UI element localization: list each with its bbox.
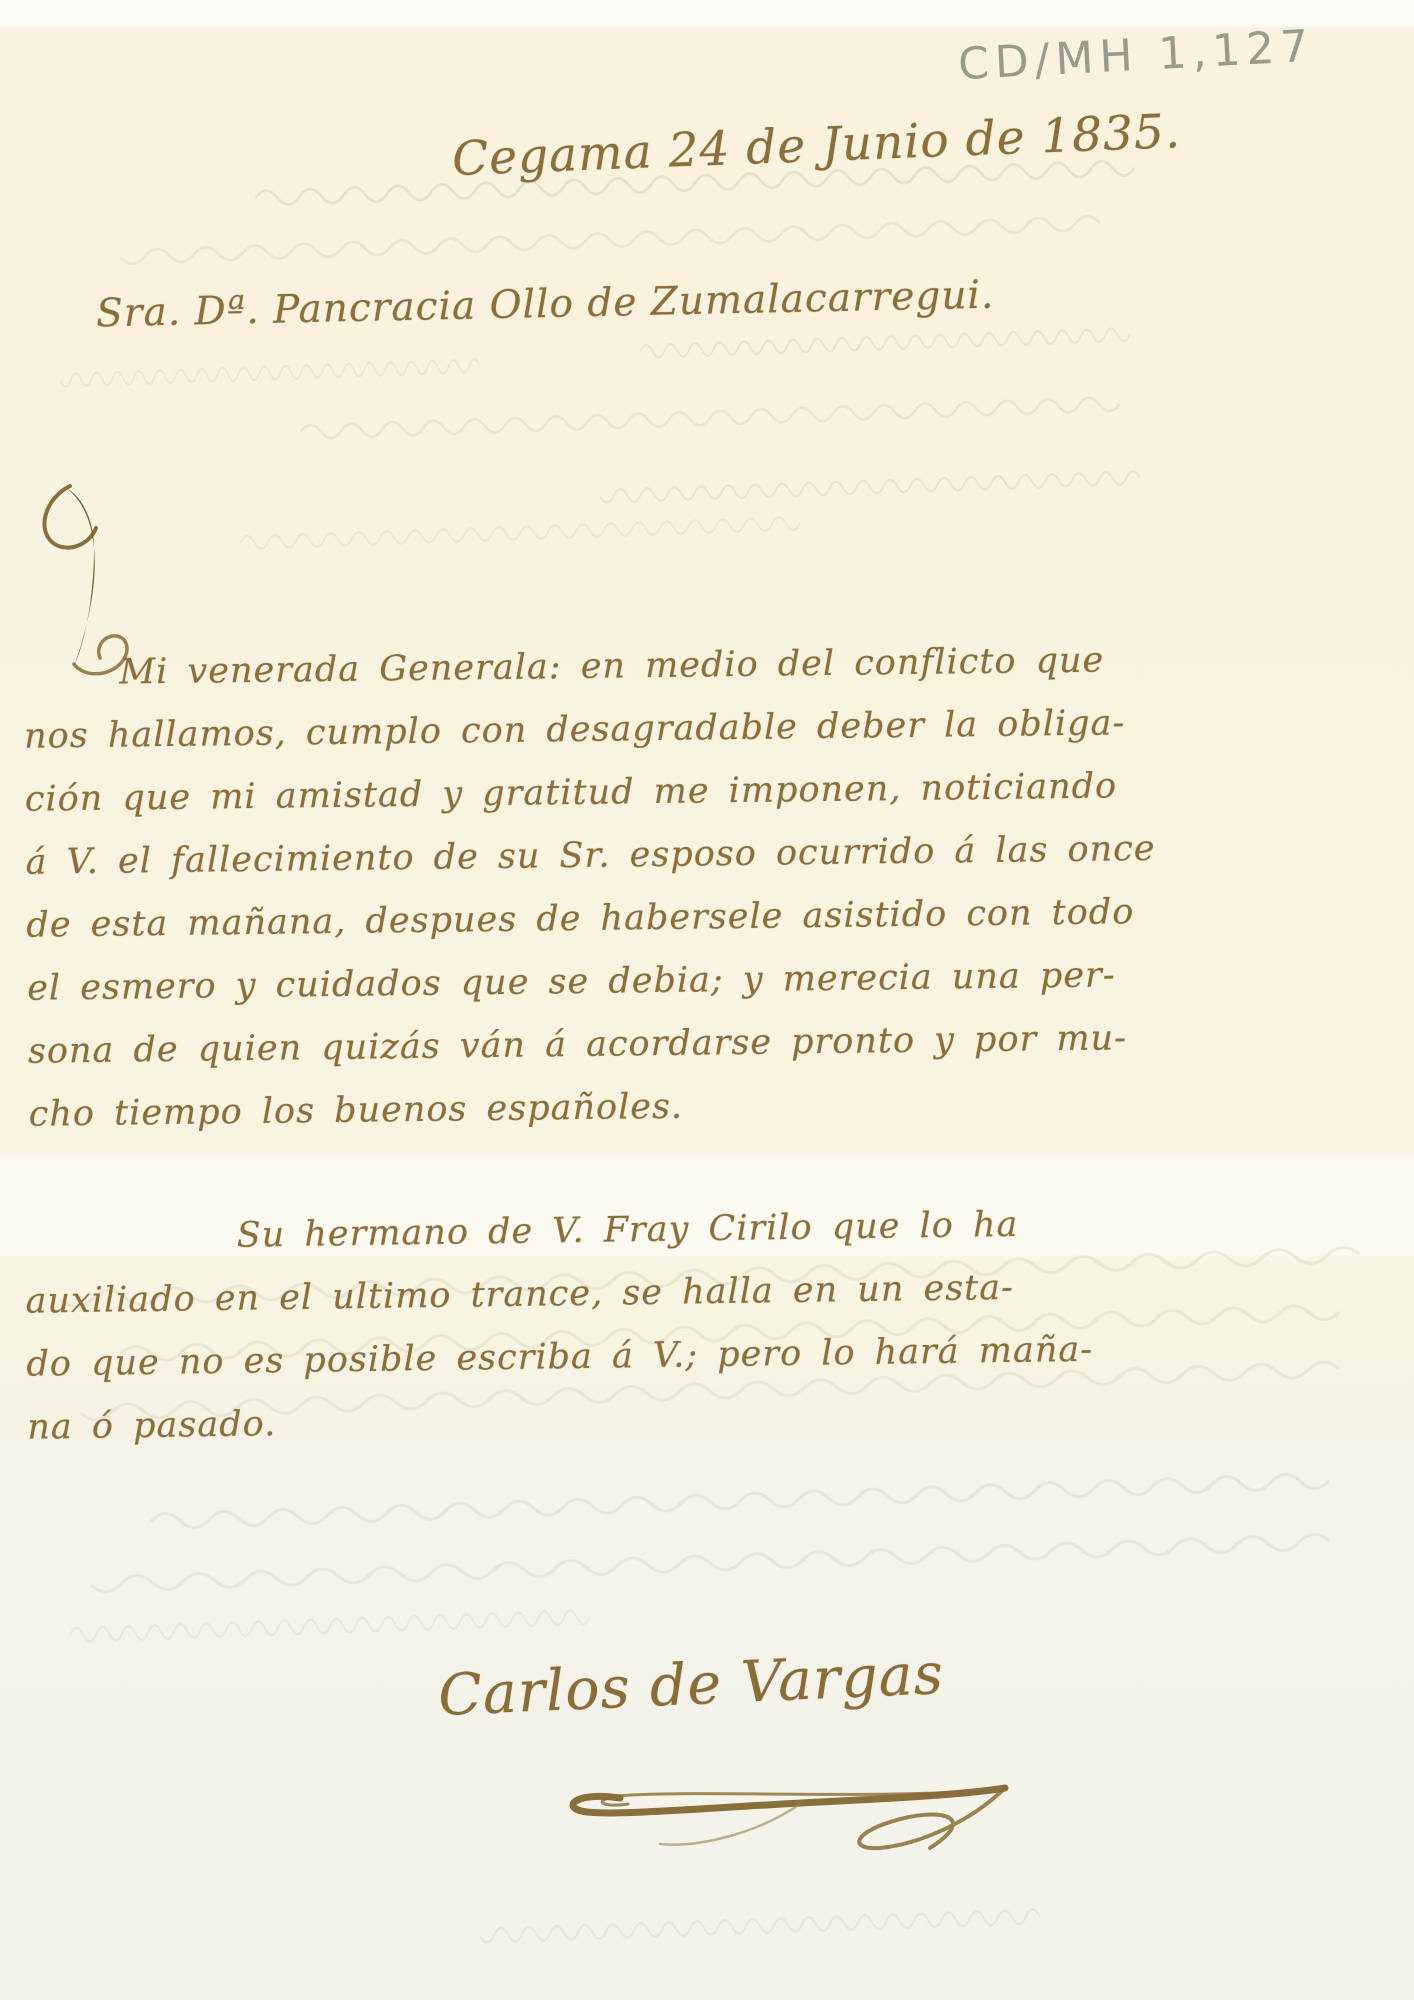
bleed-through-text <box>90 1526 1330 1599</box>
bleed-through-text <box>60 353 481 394</box>
letter-line: sona de quien quizás ván á acordarse pro… <box>28 1007 1129 1083</box>
bleed-through-text <box>480 1902 1041 1950</box>
bleed-through-text <box>300 390 1120 447</box>
body-paragraph-1: Mi venerada Generala: en medio del confl… <box>23 629 1129 1146</box>
archive-reference: CD/MH 1,127 <box>957 21 1316 91</box>
body-paragraph-2: Su hermano de V. Fray Cirilo que lo ha a… <box>24 1192 1127 1459</box>
bleed-through-text <box>150 1465 1330 1536</box>
bleed-through-text <box>240 510 801 556</box>
signature-rubric-flourish <box>500 1752 1020 1876</box>
bleed-through-text <box>600 465 1141 510</box>
letter-line: cho tiempo los buenos españoles. <box>28 1070 1129 1146</box>
signature: Carlos de Vargas <box>437 1641 945 1729</box>
bleed-through-text <box>70 1603 591 1649</box>
bleed-through-text <box>120 209 1100 271</box>
bleed-through-text <box>640 321 1131 364</box>
scanned-letter-page: CD/MH 1,127 Cegama 24 de Junio de 1835. … <box>0 0 1414 2000</box>
salutation: Sra. Dª. Pancracia Ollo de Zumalacarregu… <box>96 273 995 337</box>
